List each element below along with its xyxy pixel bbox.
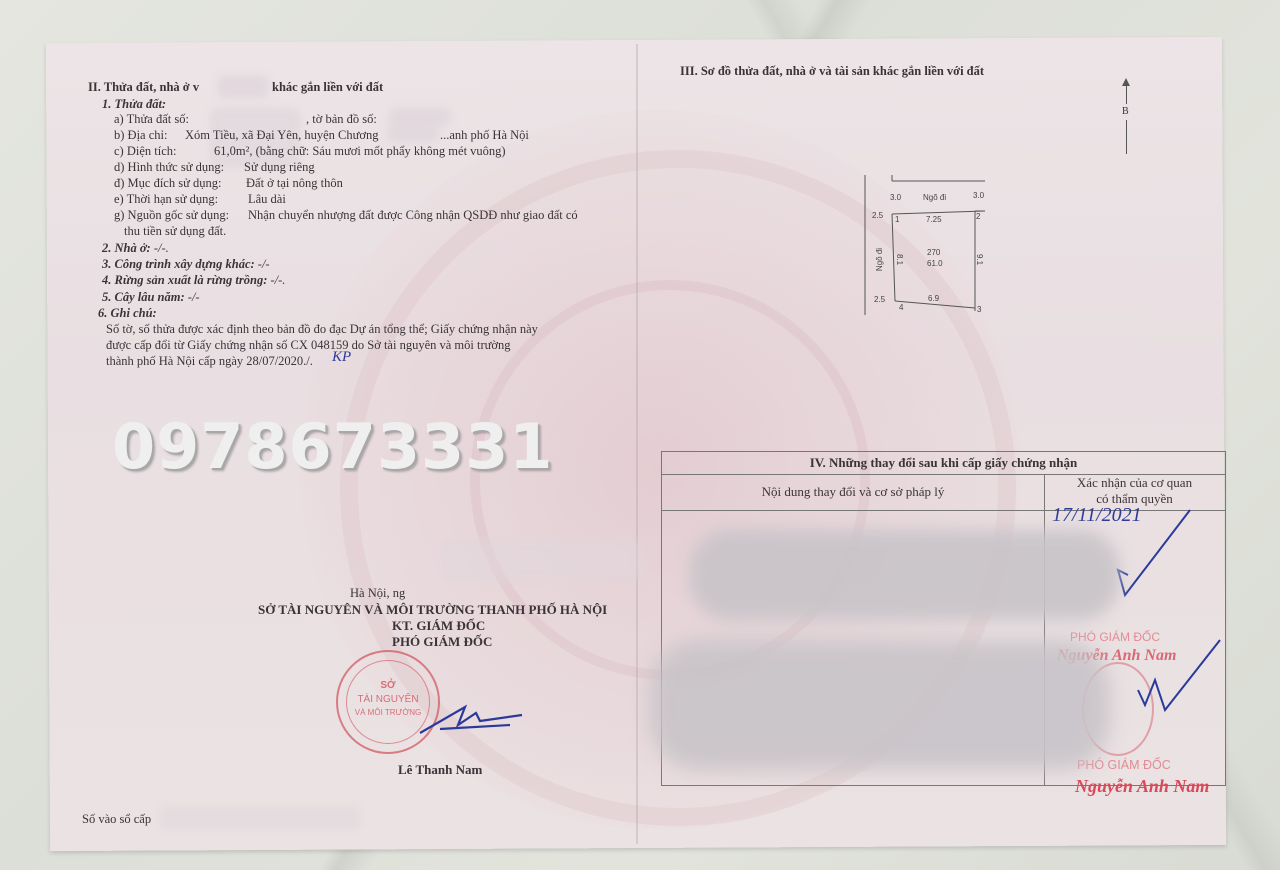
left-offset-bottom: 2.5 [874, 295, 885, 304]
side-right: 9.1 [975, 254, 984, 265]
checkmark-scribbles [1100, 500, 1230, 730]
line-b-value: Xóm Tiều, xã Đại Yên, huyện Chương [185, 128, 378, 144]
section-iii-title: III. Sơ đồ thửa đất, nhà ở và tài sản kh… [680, 64, 984, 80]
page-fold [636, 44, 638, 844]
note-line-3: thành phố Hà Nội cấp ngày 28/07/2020./. [106, 354, 313, 370]
note-heading: 6. Ghi chú: [98, 306, 157, 322]
line-b-label: b) Địa chỉ: [114, 128, 167, 144]
item-1-heading: 1. Thửa đất: [102, 97, 166, 113]
line-g-value: Nhận chuyển nhượng đất được Công nhận QS… [248, 208, 578, 224]
table-title-row: IV. Những thay đổi sau khi cấp giấy chứn… [662, 452, 1225, 475]
parcel-area: 61.0 [927, 259, 943, 268]
redaction [218, 76, 268, 98]
redaction [388, 124, 438, 142]
item-2: 2. Nhà ở: -/-. [102, 241, 169, 257]
signature-scribble [410, 695, 530, 740]
item-2-label: 2. Nhà ở: [102, 241, 151, 255]
confirm-signer-2: Nguyễn Anh Nam [1075, 776, 1209, 797]
section-ii-title-left: II. Thửa đất, nhà ở v [88, 80, 199, 96]
item-5-value: -/- [188, 290, 200, 304]
item-3-value: -/- [258, 257, 270, 271]
parcel-number: 270 [927, 248, 940, 257]
item-5-label: 5. Cây lâu năm: [102, 290, 185, 304]
line-dd-value: Đất ở tại nông thôn [246, 176, 343, 192]
redaction-blur [690, 530, 1120, 620]
line-g-label: g) Nguồn gốc sử dụng: [114, 208, 229, 224]
line-dd-label: đ) Mục đích sử dụng: [114, 176, 221, 192]
side-left: 8.1 [895, 254, 904, 265]
note-line-2: được cấp đổi từ Giấy chứng nhận số CX 04… [106, 338, 511, 354]
line-e-label: e) Thời hạn sử dụng: [114, 192, 218, 208]
line-a-extra: , tờ bản đồ số: [306, 112, 377, 128]
redaction-blur [650, 640, 1110, 770]
item-2-value: -/-. [154, 241, 169, 255]
line-d-value: Sử dụng riêng [244, 160, 315, 176]
line-b-extra: ...anh phố Hà Nội [440, 128, 529, 144]
phone-watermark: 0978673331 [112, 410, 553, 483]
line-g-continued: thu tiền sử dụng đất. [124, 224, 226, 240]
parcel-diagram: 3.0 Ngõ đi 3.0 2.5 1 7.25 2 Ngõ đi 8.1 2… [860, 175, 1010, 320]
section-iv-title: IV. Những thay đổi sau khi cấp giấy chứn… [662, 455, 1225, 471]
item-4: 4. Rừng sản xuất là rừng trồng: -/-. [102, 273, 285, 289]
col1-header: Nội dung thay đổi và cơ sở pháp lý [662, 484, 1044, 500]
agency-name: SỞ TÀI NGUYÊN VÀ MÔI TRƯỜNG THANH PHỐ HÀ… [258, 602, 607, 618]
item-4-value: -/-. [271, 273, 286, 287]
top-left-offset: 3.0 [890, 193, 901, 202]
side-bottom: 6.9 [928, 294, 939, 303]
left-road-label: Ngõ đi [875, 248, 884, 271]
place-date: Hà Nội, ng [350, 586, 405, 602]
item-3-label: 3. Công trình xây dựng khác: [102, 257, 255, 271]
signer-name: Lê Thanh Nam [398, 762, 482, 778]
section-ii-title-right: khác gắn liền với đất [272, 80, 383, 96]
redaction [160, 806, 360, 830]
stamp-line-1: SỞ [338, 680, 438, 691]
line-c-label: c) Diện tích: [114, 144, 176, 160]
left-offset-top: 2.5 [872, 211, 883, 220]
north-label: B [1122, 104, 1129, 120]
corner-3: 3 [977, 305, 981, 314]
item-4-label: 4. Rừng sản xuất là rừng trồng: [102, 273, 267, 287]
corner-1: 1 [895, 215, 899, 224]
register-label: Số vào sổ cấp [82, 812, 151, 828]
north-arrow-head-icon [1122, 78, 1130, 86]
side-top: 7.25 [926, 215, 942, 224]
on-behalf: KT. GIÁM ĐỐC [392, 618, 485, 634]
signer-position: PHÓ GIÁM ĐỐC [392, 634, 492, 650]
item-3: 3. Công trình xây dựng khác: -/- [102, 257, 270, 273]
item-5: 5. Cây lâu năm: -/- [102, 290, 200, 306]
line-c-value: 61,0m², (bằng chữ: Sáu mươi mốt phẩy khô… [214, 144, 506, 160]
line-e-value: Lâu dài [248, 192, 286, 208]
confirm-position-2: PHÓ GIÁM ĐỐC [1077, 758, 1171, 772]
corner-4: 4 [899, 303, 903, 312]
corner-2: 2 [976, 212, 980, 221]
top-right-offset: 3.0 [973, 191, 984, 200]
line-a-label: a) Thửa đất số: [114, 112, 189, 128]
note-line-1: Số tờ, số thửa được xác định theo bản đồ… [106, 322, 538, 338]
col2-header-line1: Xác nhận của cơ quan [1044, 475, 1225, 491]
redaction [440, 540, 640, 580]
line-d-label: d) Hình thức sử dụng: [114, 160, 224, 176]
note-initials: KP [332, 350, 351, 366]
top-road-label: Ngõ đi [923, 193, 946, 202]
